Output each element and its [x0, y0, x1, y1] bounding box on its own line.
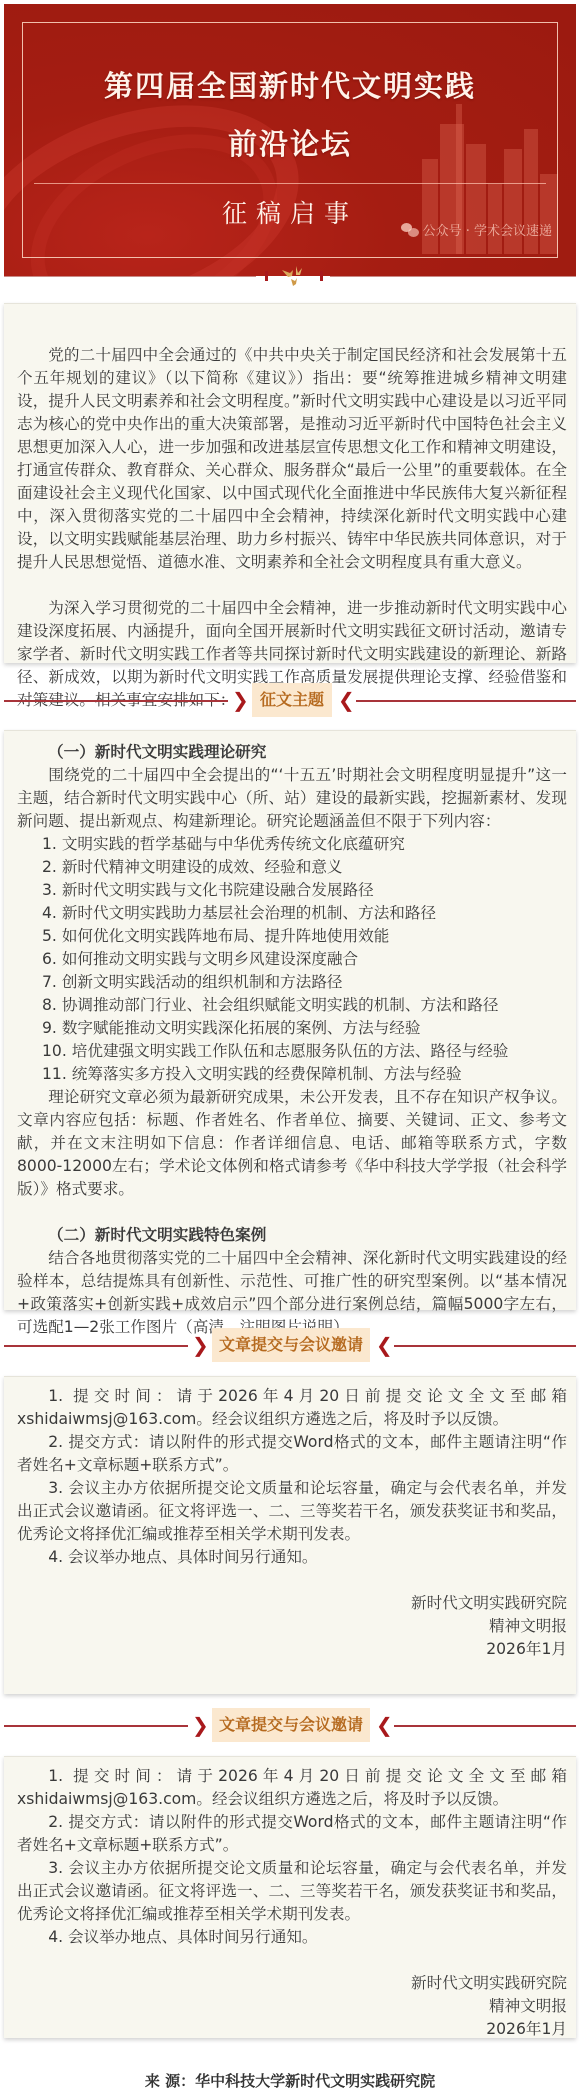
signature-date: 2026年1月: [17, 1638, 567, 1661]
subsection-intro: 围绕党的二十届四中全会提出的“‘十五五’时期社会文明程度明显提升”这一主题，结合…: [17, 764, 567, 833]
section-title: 文章提交与会议邀请: [212, 1328, 370, 1362]
topic-item: 5. 如何优化文明实践阵地布局、提升阵地使用效能: [17, 925, 567, 948]
topic-item: 4. 新时代文明实践助力基层社会治理的机制、方法和路径: [17, 902, 567, 925]
article-page: 第四届全国新时代文明实践 前沿论坛 征稿启事 公众号 · 学术会议速递 党的二十…: [0, 0, 580, 2099]
topic-item: 1. 文明实践的哲学基础与中华优秀传统文化底蕴研究: [17, 833, 567, 856]
submission-item: 3. 会议主办方依据所提交论文质量和论坛容量，确定与会代表名单，并发出正式会议邀…: [17, 1477, 567, 1546]
requirements-paragraph: 理论研究文章必须为最新研究成果，未公开发表，且不存在知识产权争议。文章内容应包括…: [17, 1086, 567, 1201]
wechat-icon: [401, 223, 419, 237]
section-header-submission-duplicate: ❯ 文章提交与会议邀请 ❮: [4, 1708, 576, 1742]
topic-item: 7. 创新文明实践活动的组织机制和方法路径: [17, 971, 567, 994]
topic-item: 3. 新时代文明实践与文化书院建设融合发展路径: [17, 879, 567, 902]
chevron-left-icon: ❮: [376, 1334, 393, 1356]
topic-item: 10. 培优建强文明实践工作队伍和志愿服务队伍的方法、路径与经验: [17, 1040, 567, 1063]
section-header-theme: ❯ 征文主题 ❮: [4, 683, 576, 717]
banner-divider: [34, 183, 546, 184]
watermark: 公众号 · 学术会议速递: [401, 220, 552, 239]
topic-item: 2. 新时代精神文明建设的成效、经验和意义: [17, 856, 567, 879]
chevron-left-icon: ❮: [376, 1714, 393, 1736]
source-credit: 来 源：华中科技大学新时代文明实践研究院: [0, 2070, 580, 2091]
topic-item: 8. 协调推动部门行业、社会组织赋能文明实践的机制、方法和路径: [17, 994, 567, 1017]
signature-org: 精神文明报: [17, 1615, 567, 1638]
topic-item: 6. 如何推动文明实践与文明乡风建设深度融合: [17, 948, 567, 971]
subsection-heading: （一）新时代文明实践理论研究: [17, 741, 567, 764]
topic-item: 9. 数字赋能推动文明实践深化拓展的案例、方法与经验: [17, 1017, 567, 1040]
dove-divider: [4, 264, 576, 288]
header-banner: 第四届全国新时代文明实践 前沿论坛 征稿启事 公众号 · 学术会议速递: [4, 4, 576, 276]
intro-box: 党的二十届四中全会通过的《中共中央关于制定国民经济和社会发展第十五个五年规划的建…: [4, 303, 576, 663]
subsection-heading: （二）新时代文明实践特色案例: [17, 1224, 567, 1247]
section-title: 征文主题: [252, 683, 332, 717]
intro-paragraph: 党的二十届四中全会通过的《中共中央关于制定国民经济和社会发展第十五个五年规划的建…: [17, 344, 567, 574]
submission-item: 4. 会议举办地点、具体时间另行通知。: [17, 1546, 567, 1569]
signature-org: 精神文明报: [17, 1995, 567, 2018]
chevron-right-icon: ❯: [192, 1714, 209, 1736]
signature-date: 2026年1月: [17, 2018, 567, 2041]
signature-org: 新时代文明实践研究院: [17, 1972, 567, 1995]
submission-box-duplicate: 1. 提交时间：请于2026年4月20日前提交论文全文至邮箱xshidaiwms…: [4, 1756, 576, 2038]
watermark-text: 公众号 · 学术会议速递: [423, 220, 552, 239]
submission-item: 2. 提交方式：请以附件的形式提交Word格式的文本，邮件主题请注明“作者姓名+…: [17, 1811, 567, 1857]
chevron-right-icon: ❯: [232, 689, 249, 711]
banner-title-line2: 前沿论坛: [4, 122, 576, 163]
topic-item: 11. 统筹落实多方投入文明实践的经费保障机制、方法与经验: [17, 1063, 567, 1086]
submission-item: 1. 提交时间：请于2026年4月20日前提交论文全文至邮箱xshidaiwms…: [17, 1765, 567, 1811]
chevron-left-icon: ❮: [338, 689, 355, 711]
case-paragraph: 结合各地贯彻落实党的二十届四中全会精神、深化新时代文明实践建设的经验样本，总结提…: [17, 1247, 567, 1339]
submission-item: 3. 会议主办方依据所提交论文质量和论坛容量，确定与会代表名单，并发出正式会议邀…: [17, 1857, 567, 1926]
banner-title-line1: 第四届全国新时代文明实践: [4, 64, 576, 105]
signature-org: 新时代文明实践研究院: [17, 1592, 567, 1615]
submission-box: 1. 提交时间：请于2026年4月20日前提交论文全文至邮箱xshidaiwms…: [4, 1376, 576, 1694]
section-title: 文章提交与会议邀请: [212, 1708, 370, 1742]
section-header-submission: ❯ 文章提交与会议邀请 ❮: [4, 1328, 576, 1362]
submission-item: 4. 会议举办地点、具体时间另行通知。: [17, 1926, 567, 1949]
dove-icon: [280, 264, 308, 288]
submission-item: 1. 提交时间：请于2026年4月20日前提交论文全文至邮箱xshidaiwms…: [17, 1385, 567, 1431]
submission-item: 2. 提交方式：请以附件的形式提交Word格式的文本，邮件主题请注明“作者姓名+…: [17, 1431, 567, 1477]
theme-box: （一）新时代文明实践理论研究 围绕党的二十届四中全会提出的“‘十五五’时期社会文…: [4, 730, 576, 1310]
chevron-right-icon: ❯: [192, 1334, 209, 1356]
